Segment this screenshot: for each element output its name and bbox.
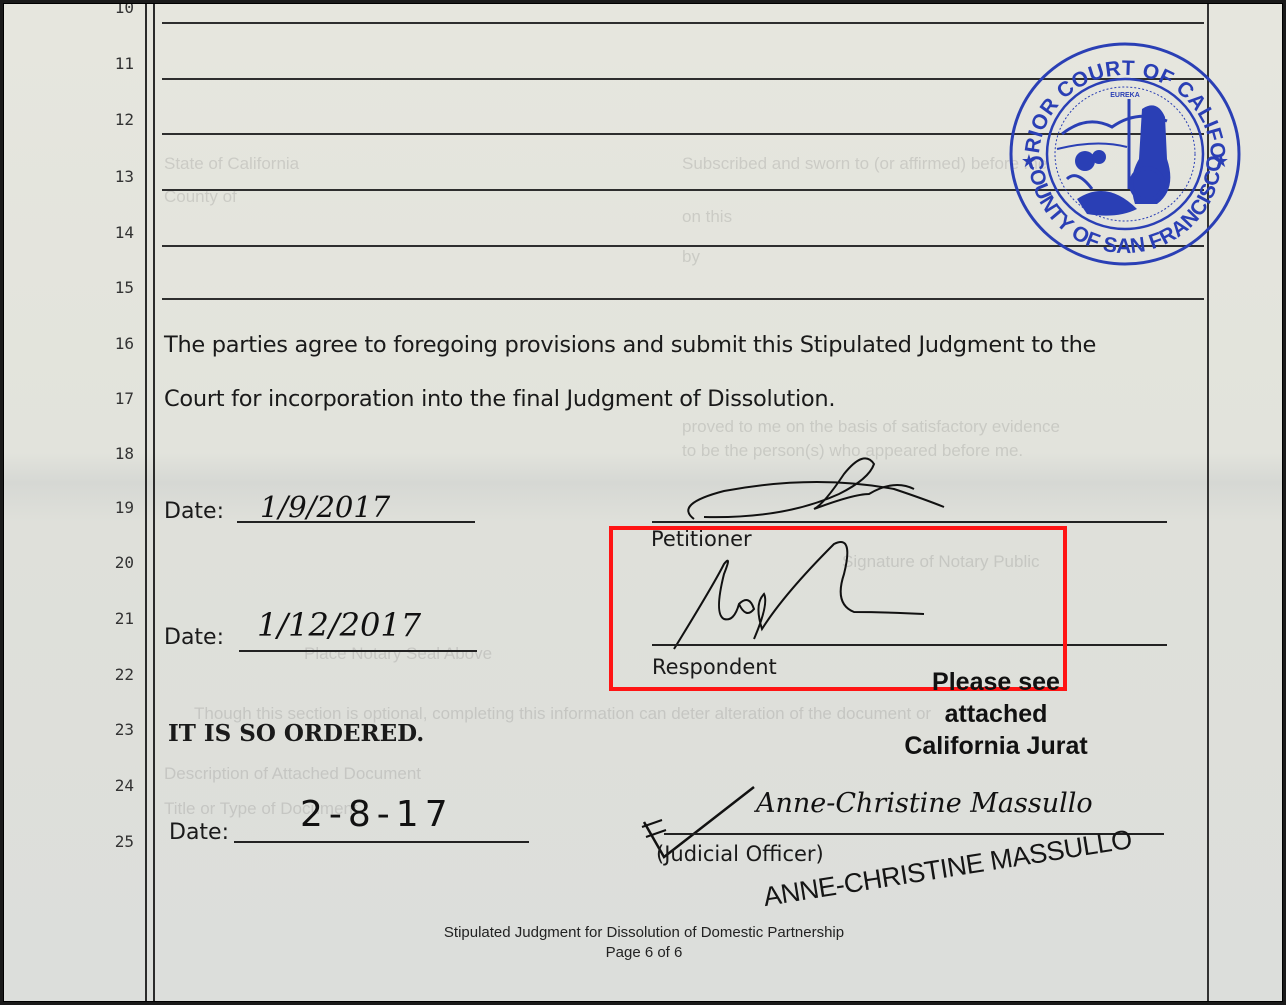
bleed-through-on-this: on this: [682, 207, 732, 227]
margin-rule-outer: [145, 4, 147, 1001]
respondent-date-label: Date:: [164, 625, 224, 650]
order-date-line: [234, 841, 529, 843]
petitioner-date-value: 1/9/2017: [260, 490, 390, 524]
jurat-note: Please see attached California Jurat: [856, 666, 1136, 762]
paragraph-line-2: Court for incorporation into the final J…: [164, 386, 835, 412]
ruled-line: [162, 22, 1204, 24]
petitioner-date-label: Date:: [164, 499, 224, 524]
line-number: 22: [100, 665, 134, 684]
line-number: 10: [100, 3, 134, 17]
petitioner-signature-icon: [664, 449, 1004, 529]
svg-text:★: ★: [1021, 151, 1037, 172]
bleed-through-optional: Place Notary Seal Above: [304, 644, 492, 664]
seal-motto: EUREKA: [1110, 92, 1140, 99]
line-number: 25: [100, 832, 134, 851]
margin-rule-inner: [153, 4, 155, 1001]
svg-text:★: ★: [1213, 151, 1229, 172]
order-date-value: 2-8-17: [300, 794, 454, 835]
ruled-line: [162, 298, 1204, 300]
respondent-date-line: [239, 650, 477, 652]
line-number: 12: [100, 110, 134, 129]
respondent-date-value: 1/12/2017: [257, 606, 421, 644]
bleed-through-proved: proved to me on the basis of satisfactor…: [682, 417, 1060, 437]
footer-page-number: Page 6 of 6: [4, 944, 1283, 961]
seal-top-text: SUPERIOR COURT OF CALIFORNIA: [1007, 39, 1229, 160]
line-number: 17: [100, 389, 134, 408]
jurat-line-2: attached: [856, 698, 1136, 730]
judicial-officer-label: (Judicial Officer): [656, 842, 824, 866]
footer-title: Stipulated Judgment for Dissolution of D…: [4, 924, 1283, 941]
line-number: 11: [100, 54, 134, 73]
document-page: State of California County of Subscribed…: [3, 3, 1283, 1002]
petitioner-signature-line: [652, 521, 1167, 523]
bleed-through-description: Description of Attached Document: [164, 764, 421, 784]
ordered-statement: IT IS SO ORDERED.: [168, 720, 424, 747]
line-number: 14: [100, 223, 134, 242]
paragraph-line-1: The parties agree to foregoing provision…: [164, 332, 1096, 358]
bleed-through-by: by: [682, 247, 700, 267]
svg-text:SUPERIOR COURT OF CALIFORNIA: SUPERIOR COURT OF CALIFORNIA: [1007, 39, 1229, 160]
judge-name-stamp: ANNE-CHRISTINE MASSULLO: [761, 824, 1134, 913]
line-number: 24: [100, 776, 134, 795]
line-number: 18: [100, 444, 134, 463]
jurat-line-1: Please see: [856, 666, 1136, 698]
judicial-signature: Anne-Christine Massullo: [756, 788, 1093, 819]
line-number: 16: [100, 334, 134, 353]
bleed-through-subscribed: Subscribed and sworn to (or affirmed) be…: [682, 154, 1047, 174]
order-date-label: Date:: [169, 820, 229, 845]
line-number: 20: [100, 553, 134, 572]
line-number: 13: [100, 167, 134, 186]
line-number: 21: [100, 609, 134, 628]
bleed-through-state: State of California: [164, 154, 299, 174]
line-number: 19: [100, 498, 134, 517]
line-number: 23: [100, 720, 134, 739]
court-seal-icon: SUPERIOR COURT OF CALIFORNIA COUNTY OF S…: [1007, 39, 1243, 269]
jurat-line-3: California Jurat: [856, 730, 1136, 762]
line-number: 15: [100, 278, 134, 297]
